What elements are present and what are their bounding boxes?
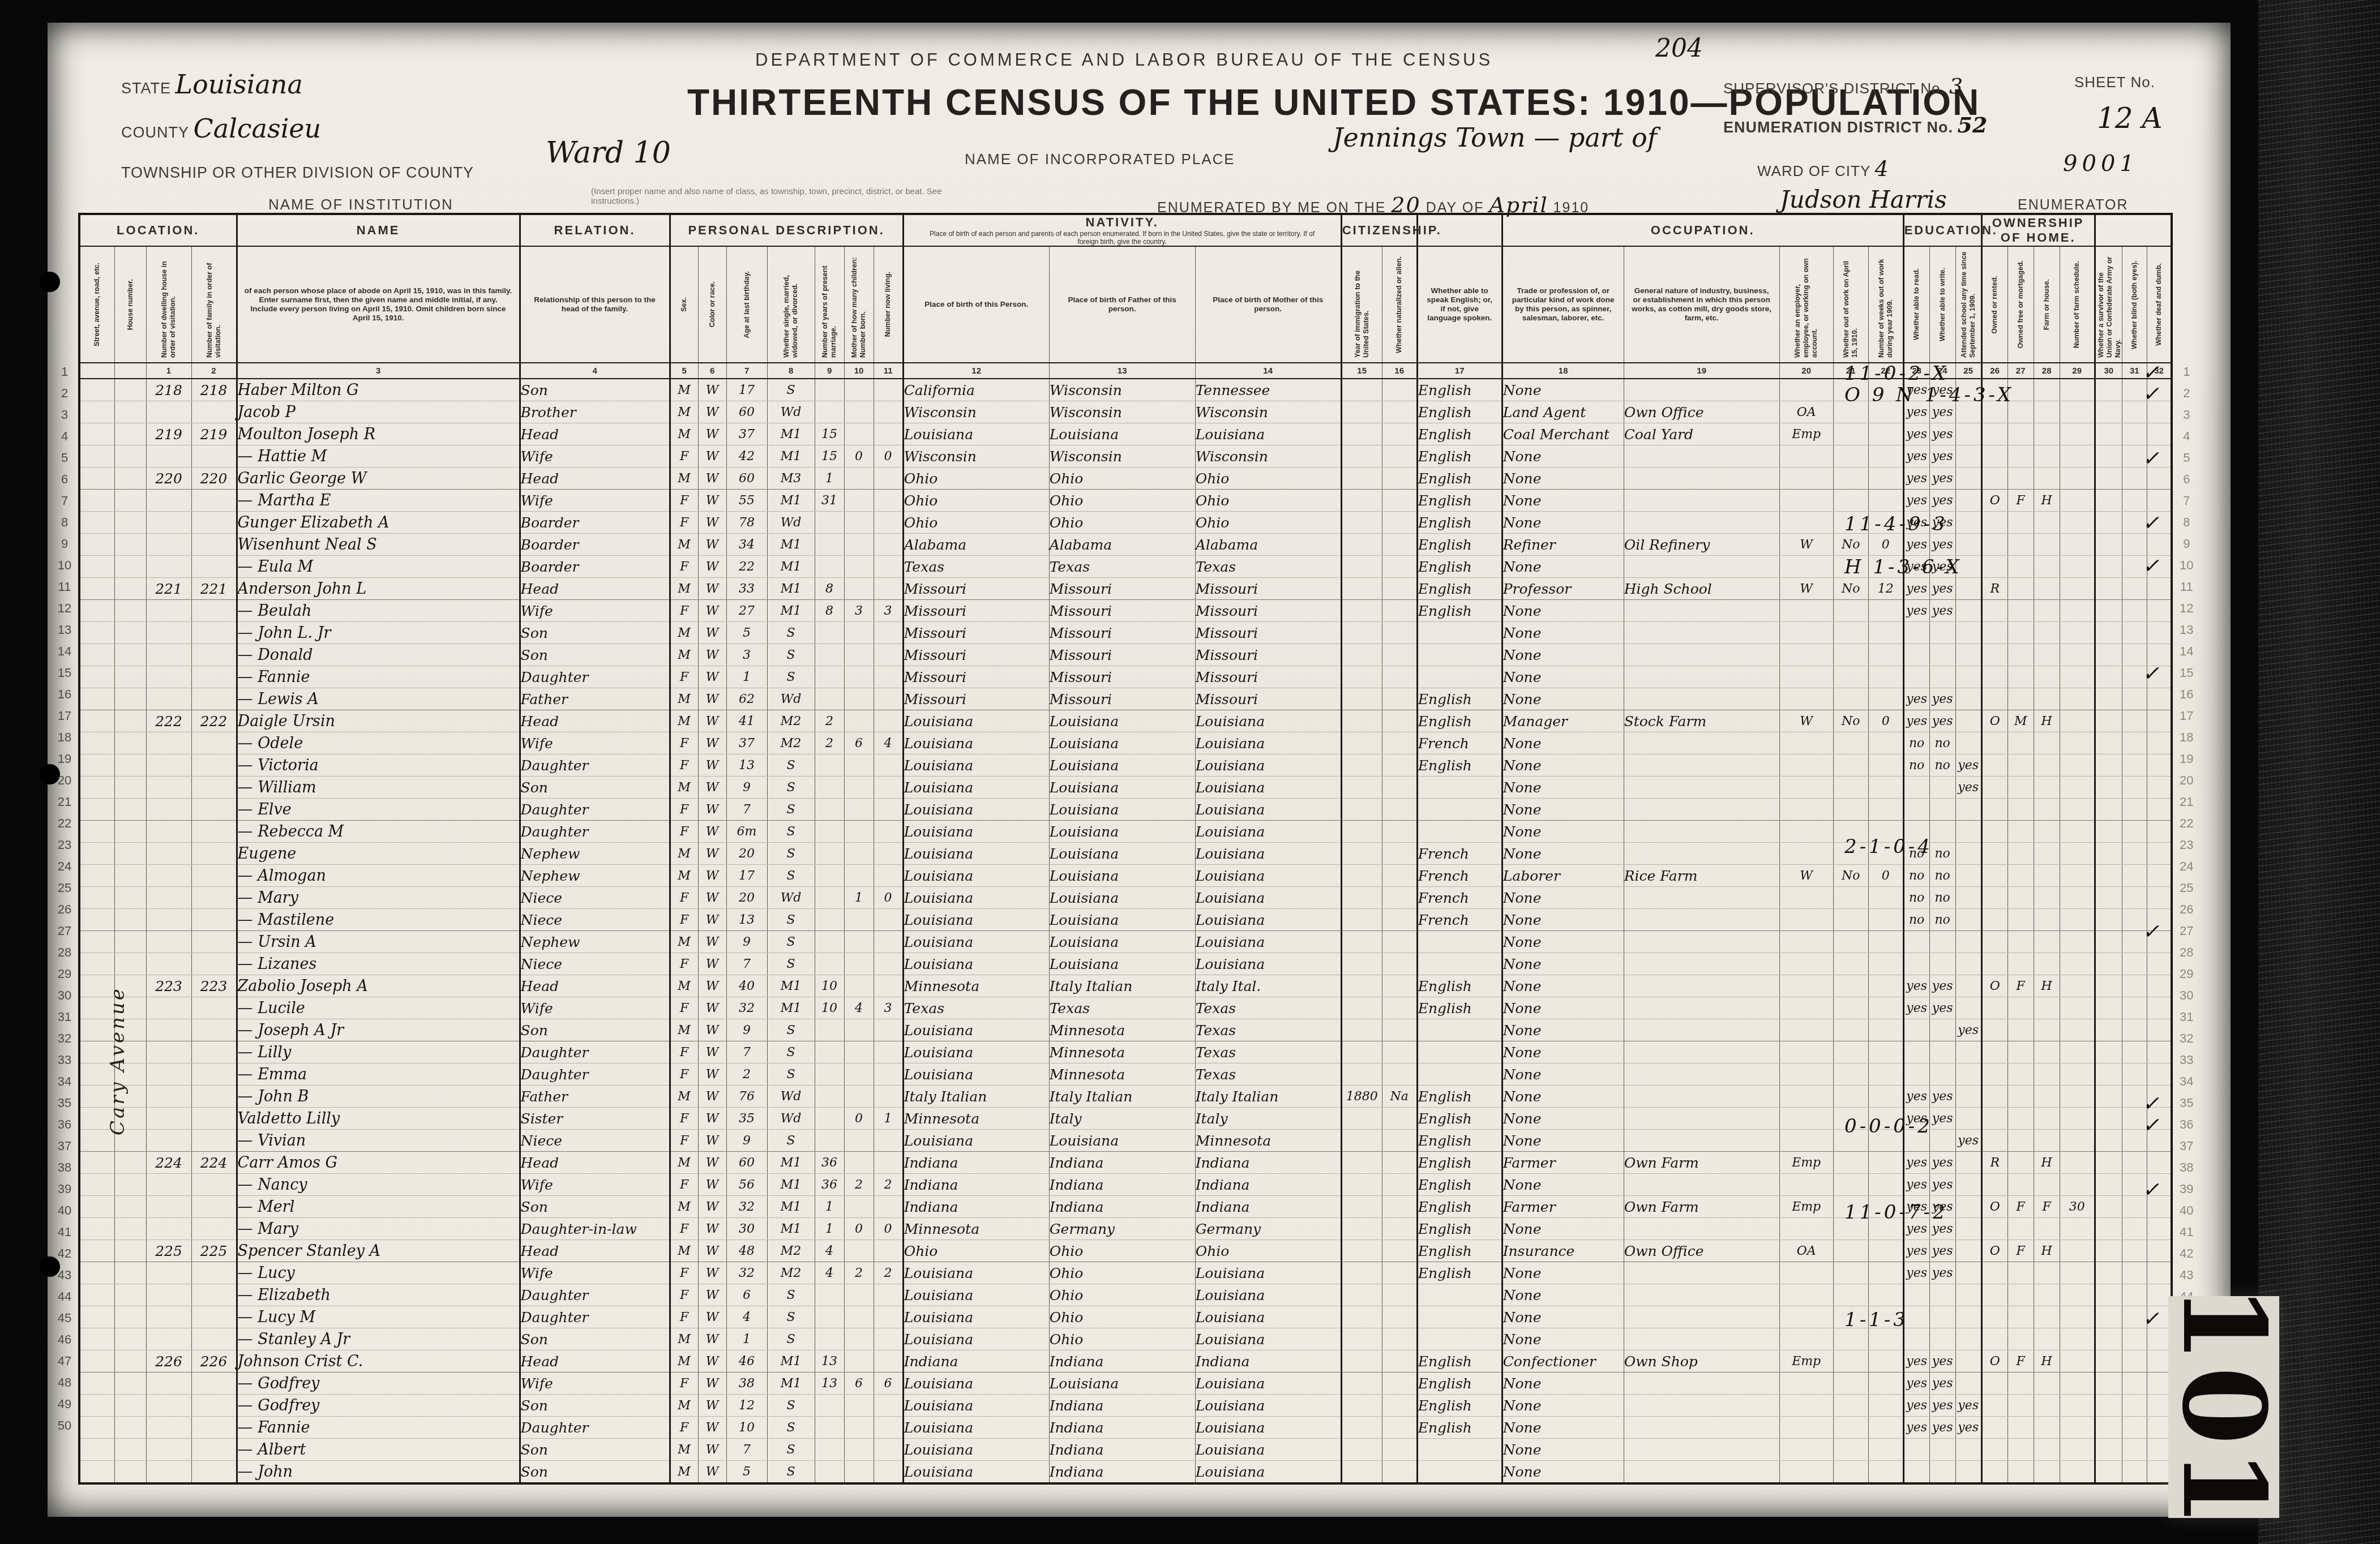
cell-name: — Lilly [237, 1041, 520, 1063]
cell-birthplace: Louisiana [903, 1328, 1049, 1350]
column-header-5: Relationship of this person to the head … [520, 246, 670, 363]
cell-employer-class [1779, 1041, 1833, 1063]
cell-relation: Sister [520, 1108, 670, 1130]
cell-farm-house [2034, 1019, 2060, 1041]
cell-language [1417, 1063, 1502, 1086]
cell-out-of-work: No [1833, 534, 1868, 556]
cell-birthplace: Texas [903, 997, 1049, 1019]
cell-naturalization [1382, 512, 1417, 534]
cell-blind [2122, 1439, 2147, 1461]
cell-relation: Boarder [520, 556, 670, 578]
cell-relation: Nephew [520, 865, 670, 887]
cell-can-write: yes [1929, 1196, 1955, 1218]
cell-house-number [114, 1439, 146, 1461]
cell-industry [1624, 1063, 1779, 1086]
cell-mother-birthplace: Missouri [1195, 688, 1341, 710]
cell-immigration-year [1341, 401, 1382, 423]
cell-sex: M [670, 578, 698, 600]
cell-name: — Mary [237, 1218, 520, 1240]
line-number: 2 [51, 383, 78, 404]
ward-of-city-value: 4 [1874, 156, 1888, 181]
cell-sex: M [670, 1461, 698, 1484]
cell-mother-birthplace: Louisiana [1195, 710, 1341, 732]
cell-birthplace: Indiana [903, 1152, 1049, 1174]
cell-dwelling-number [146, 688, 191, 710]
cell-blind [2122, 534, 2147, 556]
cell-language: English [1417, 975, 1502, 997]
cell-house-number [114, 1373, 146, 1395]
line-number: 28 [2173, 942, 2200, 963]
cell-language: French [1417, 887, 1502, 909]
cell-age: 78 [726, 512, 767, 534]
cell-relation: Son [520, 1328, 670, 1350]
cell-blind [2122, 490, 2147, 512]
cell-can-read: yes [1903, 1086, 1929, 1108]
cell-name: — Ursin A [237, 931, 520, 953]
line-number: 20 [2173, 770, 2200, 791]
cell-attended-school [1955, 423, 1981, 445]
cell-owned-rented [1981, 1284, 2007, 1306]
cell-naturalization [1382, 600, 1417, 622]
cell-family-number [191, 1196, 237, 1218]
cell-color: W [698, 1328, 726, 1350]
cell-dwelling-number [146, 1439, 191, 1461]
cell-immigration-year [1341, 821, 1382, 843]
cell-children-born [844, 1439, 874, 1461]
cell-children-born: 2 [844, 1174, 874, 1196]
cell-family-number [191, 1417, 237, 1439]
cell-children-born [844, 1196, 874, 1218]
line-number: 39 [51, 1178, 78, 1200]
cell-relation: Son [520, 1019, 670, 1041]
column-group-education-: EDUCATION. [1903, 214, 1981, 246]
cell-father-birthplace: Missouri [1049, 688, 1195, 710]
cell-blind [2122, 1130, 2147, 1152]
cell-relation: Son [520, 622, 670, 644]
cell-relation: Son [520, 1395, 670, 1417]
line-number: 11 [51, 576, 78, 598]
cell-weeks-out: 0 [1868, 865, 1903, 887]
cell-marital-status: M1 [767, 1196, 815, 1218]
cell-attended-school [1955, 1108, 1981, 1130]
cell-employer-class [1779, 799, 1833, 821]
cell-owned-rented [1981, 600, 2007, 622]
cell-family-number [191, 799, 237, 821]
column-header-16: Year of immigration to the United States… [1341, 246, 1382, 363]
cell-farm-schedule [2060, 975, 2095, 997]
cell-age: 7 [726, 953, 767, 975]
cell-relation: Daughter-in-law [520, 1218, 670, 1240]
cell-dwelling-number [146, 1174, 191, 1196]
cell-owned-rented [1981, 556, 2007, 578]
cell-years-married [815, 1461, 844, 1484]
cell-family-number [191, 445, 237, 468]
line-number: 26 [51, 899, 78, 920]
cell-birthplace: Louisiana [903, 710, 1049, 732]
cell-trade: None [1502, 1262, 1624, 1284]
cell-free-mortgaged [2007, 379, 2034, 401]
cell-dwelling-number [146, 887, 191, 909]
cell-blind [2122, 1461, 2147, 1484]
cell-farm-schedule [2060, 666, 2095, 688]
cell-deaf [2147, 644, 2172, 666]
cell-owned-rented [1981, 1108, 2007, 1130]
cell-attended-school [1955, 1373, 1981, 1395]
cell-farm-schedule [2060, 512, 2095, 534]
cell-family-number [191, 843, 237, 865]
cell-attended-school [1955, 468, 1981, 490]
cell-blind [2122, 887, 2147, 909]
cell-name: Daigle Ursin [237, 710, 520, 732]
cell-industry: Stock Farm [1624, 710, 1779, 732]
table-row: — Martha E Wife F W 55 M1 31 Ohio Ohio O… [79, 490, 2172, 512]
cell-blind [2122, 710, 2147, 732]
cell-naturalization [1382, 975, 1417, 997]
cell-marital-status: S [767, 379, 815, 401]
cell-years-married [815, 534, 844, 556]
cell-weeks-out [1868, 1218, 1903, 1240]
cell-can-write: no [1929, 909, 1955, 931]
cell-marital-status: M1 [767, 1373, 815, 1395]
cell-father-birthplace: Wisconsin [1049, 401, 1195, 423]
cell-marital-status: M1 [767, 534, 815, 556]
cell-family-number [191, 688, 237, 710]
cell-years-married: 13 [815, 1373, 844, 1395]
cell-weeks-out [1868, 953, 1903, 975]
table-row: — William Son M W 9 S Louisiana Louisian… [79, 777, 2172, 799]
cell-farm-schedule [2060, 799, 2095, 821]
cell-farm-house [2034, 732, 2060, 754]
cell-street [79, 512, 114, 534]
cell-veteran [2095, 1461, 2122, 1484]
cell-owned-rented: O [1981, 975, 2007, 997]
cell-family-number [191, 1130, 237, 1152]
cell-owned-rented [1981, 909, 2007, 931]
cell-sex: M [670, 710, 698, 732]
cell-employer-class: Emp [1779, 1152, 1833, 1174]
cell-immigration-year [1341, 1284, 1382, 1306]
cell-attended-school: yes [1955, 1417, 1981, 1439]
cell-free-mortgaged [2007, 688, 2034, 710]
line-number: 7 [2173, 490, 2200, 512]
line-number: 31 [51, 1006, 78, 1028]
cell-sex: M [670, 401, 698, 423]
cell-farm-house [2034, 1108, 2060, 1130]
cell-can-write: no [1929, 865, 1955, 887]
cell-language: English [1417, 445, 1502, 468]
cell-farm-schedule [2060, 1086, 2095, 1108]
line-number: 34 [51, 1071, 78, 1092]
cell-can-read: no [1903, 909, 1929, 931]
cell-farm-schedule [2060, 909, 2095, 931]
cell-farm-schedule [2060, 556, 2095, 578]
cell-out-of-work [1833, 1108, 1868, 1130]
cell-deaf [2147, 710, 2172, 732]
cell-birthplace: Ohio [903, 512, 1049, 534]
cell-free-mortgaged: F [2007, 1240, 2034, 1262]
cell-color: W [698, 1395, 726, 1417]
cell-blind [2122, 1306, 2147, 1328]
cell-color: W [698, 423, 726, 445]
cell-father-birthplace: Ohio [1049, 1284, 1195, 1306]
cell-veteran [2095, 732, 2122, 754]
cell-weeks-out [1868, 1373, 1903, 1395]
cell-veteran [2095, 821, 2122, 843]
cell-age: 60 [726, 468, 767, 490]
cell-farm-schedule [2060, 1218, 2095, 1240]
cell-out-of-work [1833, 1130, 1868, 1152]
cell-blind [2122, 821, 2147, 843]
cell-children-living [874, 777, 903, 799]
cell-farm-schedule [2060, 1063, 2095, 1086]
cell-owned-rented: O [1981, 1240, 2007, 1262]
cell-farm-schedule [2060, 688, 2095, 710]
cell-industry [1624, 754, 1779, 777]
cell-immigration-year [1341, 379, 1382, 401]
cell-children-born [844, 821, 874, 843]
cell-free-mortgaged [2007, 622, 2034, 644]
line-number: 15 [51, 662, 78, 684]
cell-naturalization [1382, 1108, 1417, 1130]
cell-industry [1624, 1086, 1779, 1108]
cell-dwelling-number [146, 644, 191, 666]
cell-family-number [191, 1262, 237, 1284]
cell-relation: Wife [520, 1262, 670, 1284]
cell-mother-birthplace: Louisiana [1195, 931, 1341, 953]
cell-relation: Daughter [520, 1284, 670, 1306]
cell-farm-house [2034, 931, 2060, 953]
cell-industry [1624, 975, 1779, 997]
line-number: 19 [51, 748, 78, 770]
sheet-header: DEPARTMENT OF COMMERCE AND LABOR BUREAU … [48, 23, 2231, 209]
cell-out-of-work [1833, 622, 1868, 644]
cell-language: English [1417, 1130, 1502, 1152]
institution-label: NAME OF INSTITUTION [268, 196, 453, 213]
cell-children-born [844, 534, 874, 556]
cell-attended-school [1955, 1063, 1981, 1086]
cell-can-read: yes [1903, 578, 1929, 600]
cell-deaf [2147, 512, 2172, 534]
cell-father-birthplace: Alabama [1049, 534, 1195, 556]
cell-family-number [191, 1063, 237, 1086]
cell-mother-birthplace: Ohio [1195, 468, 1341, 490]
cell-can-write [1929, 1041, 1955, 1063]
cell-name: Gunger Elizabeth A [237, 512, 520, 534]
cell-name: Zabolio Joseph A [237, 975, 520, 997]
table-row: — Stanley A Jr Son M W 1 S Louisiana Ohi… [79, 1328, 2172, 1350]
cell-years-married [815, 909, 844, 931]
cell-attended-school [1955, 975, 1981, 997]
cell-name: — Joseph A Jr [237, 1019, 520, 1041]
column-number: 21 [1833, 363, 1868, 379]
cell-father-birthplace: Texas [1049, 556, 1195, 578]
column-group-relation-: RELATION. [520, 214, 670, 246]
cell-sex: M [670, 1152, 698, 1174]
cell-naturalization [1382, 1240, 1417, 1262]
table-row: — Merl Son M W 32 M1 1 Indiana Indiana I… [79, 1196, 2172, 1218]
cell-father-birthplace: Louisiana [1049, 1373, 1195, 1395]
cell-immigration-year [1341, 534, 1382, 556]
line-number: 23 [51, 834, 78, 856]
cell-house-number [114, 578, 146, 600]
cell-family-number [191, 644, 237, 666]
cell-blind [2122, 953, 2147, 975]
cell-relation: Daughter [520, 1417, 670, 1439]
line-number: 10 [51, 555, 78, 576]
cell-can-write [1929, 1306, 1955, 1328]
cell-deaf [2147, 379, 2172, 401]
cell-dwelling-number [146, 1461, 191, 1484]
cell-marital-status: M1 [767, 997, 815, 1019]
cell-industry [1624, 1019, 1779, 1041]
cell-trade: None [1502, 1218, 1624, 1240]
cell-veteran [2095, 865, 2122, 887]
column-header-10: Number of years of present marriage. [815, 246, 844, 363]
cell-color: W [698, 909, 726, 931]
cell-mother-birthplace: Minnesota [1195, 1130, 1341, 1152]
cell-attended-school: yes [1955, 1130, 1981, 1152]
cell-family-number [191, 512, 237, 534]
cell-street [79, 1439, 114, 1461]
cell-immigration-year [1341, 1174, 1382, 1196]
cell-industry [1624, 1218, 1779, 1240]
cell-color: W [698, 799, 726, 821]
cell-owned-rented [1981, 1306, 2007, 1328]
cell-can-write: yes [1929, 710, 1955, 732]
cell-farm-house [2034, 1262, 2060, 1284]
cell-attended-school [1955, 710, 1981, 732]
cell-relation: Son [520, 379, 670, 401]
cell-can-write: yes [1929, 512, 1955, 534]
cell-industry [1624, 490, 1779, 512]
cell-weeks-out [1868, 490, 1903, 512]
cell-industry [1624, 732, 1779, 754]
cell-dwelling-number [146, 865, 191, 887]
cell-language: French [1417, 732, 1502, 754]
cell-sex: F [670, 953, 698, 975]
cell-family-number: 219 [191, 423, 237, 445]
cell-street [79, 1461, 114, 1484]
cell-color: W [698, 688, 726, 710]
cell-immigration-year [1341, 1306, 1382, 1328]
cell-deaf [2147, 600, 2172, 622]
line-number: 9 [2173, 533, 2200, 555]
column-number: 24 [1929, 363, 1955, 379]
cell-can-read [1903, 644, 1929, 666]
cell-relation: Head [520, 975, 670, 997]
cell-language: English [1417, 1240, 1502, 1262]
table-row: — Emma Daughter F W 2 S Louisiana Minnes… [79, 1063, 2172, 1086]
cell-veteran [2095, 445, 2122, 468]
cell-farm-house [2034, 666, 2060, 688]
cell-deaf [2147, 490, 2172, 512]
cell-weeks-out [1868, 821, 1903, 843]
cell-age: 9 [726, 1130, 767, 1152]
cell-industry [1624, 468, 1779, 490]
cell-farm-house: H [2034, 710, 2060, 732]
cell-street [79, 688, 114, 710]
cell-farm-schedule [2060, 644, 2095, 666]
cell-trade: Confectioner [1502, 1350, 1624, 1373]
cell-employer-class [1779, 622, 1833, 644]
table-row: — Lucy Wife F W 32 M2 4 2 2 Louisiana Oh… [79, 1262, 2172, 1284]
cell-name: — Martha E [237, 490, 520, 512]
cell-language [1417, 1041, 1502, 1063]
column-number: 32 [2147, 363, 2172, 379]
cell-family-number [191, 666, 237, 688]
cell-language: English [1417, 688, 1502, 710]
cell-deaf [2147, 754, 2172, 777]
cell-naturalization [1382, 821, 1417, 843]
cell-language: English [1417, 754, 1502, 777]
column-header-24: Whether able to read. [1903, 246, 1929, 363]
column-header-28: Owned free or mortgaged. [2007, 246, 2034, 363]
cell-age: 56 [726, 1174, 767, 1196]
cell-name: — Eula M [237, 556, 520, 578]
cell-immigration-year [1341, 622, 1382, 644]
cell-years-married [815, 644, 844, 666]
cell-free-mortgaged [2007, 732, 2034, 754]
cell-immigration-year [1341, 1461, 1382, 1484]
cell-owned-rented [1981, 1130, 2007, 1152]
cell-age: 5 [726, 1461, 767, 1484]
line-number: 19 [2173, 748, 2200, 770]
cell-free-mortgaged [2007, 401, 2034, 423]
cell-children-living [874, 754, 903, 777]
cell-house-number [114, 1328, 146, 1350]
cell-weeks-out [1868, 600, 1903, 622]
cell-veteran [2095, 710, 2122, 732]
cell-veteran [2095, 534, 2122, 556]
cell-employer-class [1779, 666, 1833, 688]
cell-children-born [844, 1063, 874, 1086]
cell-language: English [1417, 710, 1502, 732]
cell-attended-school: yes [1955, 1395, 1981, 1417]
line-number: 4 [51, 426, 78, 447]
cell-language [1417, 666, 1502, 688]
cell-employer-class [1779, 1284, 1833, 1306]
cell-can-write [1929, 622, 1955, 644]
cell-family-number [191, 754, 237, 777]
cell-veteran [2095, 1174, 2122, 1196]
cell-naturalization [1382, 799, 1417, 821]
cell-father-birthplace: Louisiana [1049, 821, 1195, 843]
cell-birthplace: Ohio [903, 490, 1049, 512]
cell-immigration-year [1341, 468, 1382, 490]
cell-out-of-work [1833, 1019, 1868, 1041]
cell-trade: None [1502, 997, 1624, 1019]
cell-can-write: yes [1929, 600, 1955, 622]
cell-trade: None [1502, 512, 1624, 534]
cell-birthplace: Italy Italian [903, 1086, 1049, 1108]
cell-dwelling-number [146, 1218, 191, 1240]
cell-mother-birthplace: Missouri [1195, 578, 1341, 600]
cell-weeks-out [1868, 1130, 1903, 1152]
cell-farm-schedule [2060, 379, 2095, 401]
cell-employer-class [1779, 931, 1833, 953]
line-number: 34 [2173, 1071, 2200, 1092]
cell-deaf [2147, 423, 2172, 445]
cell-veteran [2095, 975, 2122, 997]
cell-father-birthplace: Ohio [1049, 1328, 1195, 1350]
cell-can-write [1929, 666, 1955, 688]
cell-children-living [874, 1350, 903, 1373]
table-row: 224 224 Carr Amos G Head M W 60 M1 36 In… [79, 1152, 2172, 1174]
cell-out-of-work [1833, 975, 1868, 997]
cell-immigration-year [1341, 1328, 1382, 1350]
column-group-citizenship-: CITIZENSHIP. [1341, 214, 1417, 246]
cell-farm-schedule [2060, 887, 2095, 909]
